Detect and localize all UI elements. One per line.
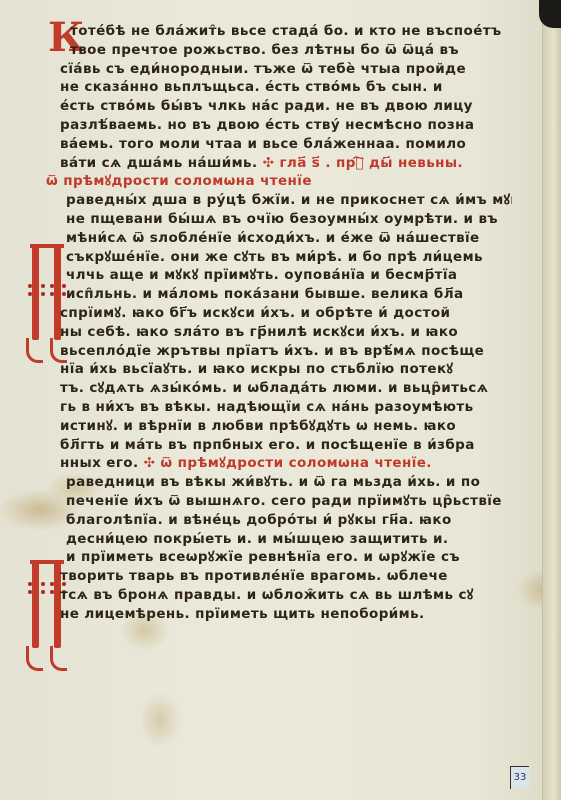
heading-rubric: чтенїе: [260, 173, 312, 189]
text-line: десни́цею покры́еть и. и мы́шцею защитит…: [52, 530, 512, 549]
text-line: тоте́бѣ не бла́жит̑ь вьсе стада́ бо. и к…: [52, 22, 512, 41]
text-line: нїа и́хь вьсїаꙋть. и ꙗко искры по стьблї…: [52, 360, 512, 379]
text-line: не сказа́нно вьплъщьса. е́сть ство́мь бъ…: [52, 78, 512, 97]
text-line: е́сть ство́мь бы́въ члкь на́с ради. не в…: [52, 97, 512, 116]
text-line: съкрꙋше́нїе. они же сꙋть въ ми́рѣ. и бо …: [52, 248, 512, 267]
text-line: исп̑льнь. и ма́ломь пока́зани бывше. вел…: [52, 285, 512, 304]
text-line: мѣни́сѧ ѿ ѕлобле́нїе и́сходи́хъ. и е́же …: [52, 229, 512, 248]
text-segment: ва́ти сѧ дша́мь на́ши́мь.: [60, 155, 258, 171]
text-segment: нных его.: [60, 455, 138, 471]
text-line-with-heading: нных его. ✣ ѿ прѣмꙋдрости соломѡна чтенї…: [52, 454, 512, 473]
text-line: сїа́вь съ еди́нородныи. тъже ѿ тебѐ чтыа…: [52, 60, 512, 79]
page-binding-edge: [542, 0, 561, 800]
text-line: ны себѣ. ꙗко ѕла́то въ гр҃нилѣ искꙋси и́…: [52, 323, 512, 342]
text-line: гь в ни́хъ въ вѣкы. надѣющїи сѧ на́нь ра…: [52, 398, 512, 417]
text-line: тъ. сꙋдѧть ѧзы́ко́мь. и ѡблада́ть люми. …: [52, 379, 512, 398]
text-line: истинꙋ. и вѣрнїи в любви прѣбꙋдꙋть ѡ нем…: [52, 417, 512, 436]
text-line: ва́емь. того моли чтаа и вьсе бла́женнаа…: [52, 135, 512, 154]
text-line: спрїимꙋ. ꙗко бг҃ъ искꙋси и́хъ. и обрѣте …: [52, 304, 512, 323]
text-line: твое пречтое рожьство. без лѣтны бо ѿ ѿц…: [52, 41, 512, 60]
text-line: и прїиметь всеѡрꙋжїе ревнѣнїа его. и ѡрꙋ…: [52, 548, 512, 567]
rubric-tone-marker: ✣ гла҃ ѕ҃ . прⷪ҇ ды҃ невьны.: [263, 155, 463, 171]
text-line: раведны́х дша в ру́цѣ бжїи. и не прикосн…: [52, 191, 512, 210]
text-line: раведници въ вѣкы жи́вꙋть. и ѿ га мьзда …: [52, 473, 512, 492]
text-line: члчь аще и мꙋкꙋ прїимꙋть. оупова́нїа и б…: [52, 266, 512, 285]
heading-title: ѿ прѣмꙋдрости соломѡна: [46, 173, 255, 189]
text-line: не лицемѣрень. прїиметь щить непобори́мь…: [52, 605, 512, 624]
reading-heading-2: ✣ ѿ прѣмꙋдрости соломѡна чтенїе.: [144, 455, 432, 471]
text-line: вьсепло́дїе жрътвы прїатъ и́хъ. и въ врѣ…: [52, 342, 512, 361]
dark-corner: [539, 0, 561, 28]
heading-title: ѿ прѣмꙋдрости соломѡна: [160, 455, 369, 471]
text-line: благолѣпїа. и вѣне́ць добро́ты и́ рꙋкы г…: [52, 511, 512, 530]
manuscript-text: тоте́бѣ не бла́жит̑ь вьсе стада́ бо. и к…: [52, 22, 512, 624]
text-line: разлѣ́ваемь. но въ двою е́сть ству́ несм…: [52, 116, 512, 135]
reading-heading-1: ѿ прѣмꙋдрости соломѡна чтенїе: [46, 172, 512, 191]
text-line-with-rubric: ва́ти сѧ дша́мь на́ши́мь. ✣ гла҃ ѕ҃ . пр…: [52, 154, 512, 173]
folio-number: 33: [510, 766, 529, 789]
heading-rubric: чтенїе.: [375, 455, 432, 471]
text-line: печенїе и́хъ ѿ вышнѧго. сего ради прїимꙋ…: [52, 492, 512, 511]
text-line: бл҃гть и ма́ть въ прпбных его. и посѣщен…: [52, 436, 512, 455]
text-line: творить тварь въ противле́нїе врагомь. ѡ…: [52, 567, 512, 586]
text-line: тсѧ въ бронѧ правды. и ѡблож̑ить сѧ вь ш…: [52, 586, 512, 605]
manuscript-page: К тоте́бѣ не бла́жит̑ь вьсе стада́ бо. и…: [0, 0, 561, 800]
text-line: не пщевани бы́шѧ въ очїю безоумны́х оумр…: [52, 210, 512, 229]
heading-prefix: ✣: [144, 455, 156, 471]
